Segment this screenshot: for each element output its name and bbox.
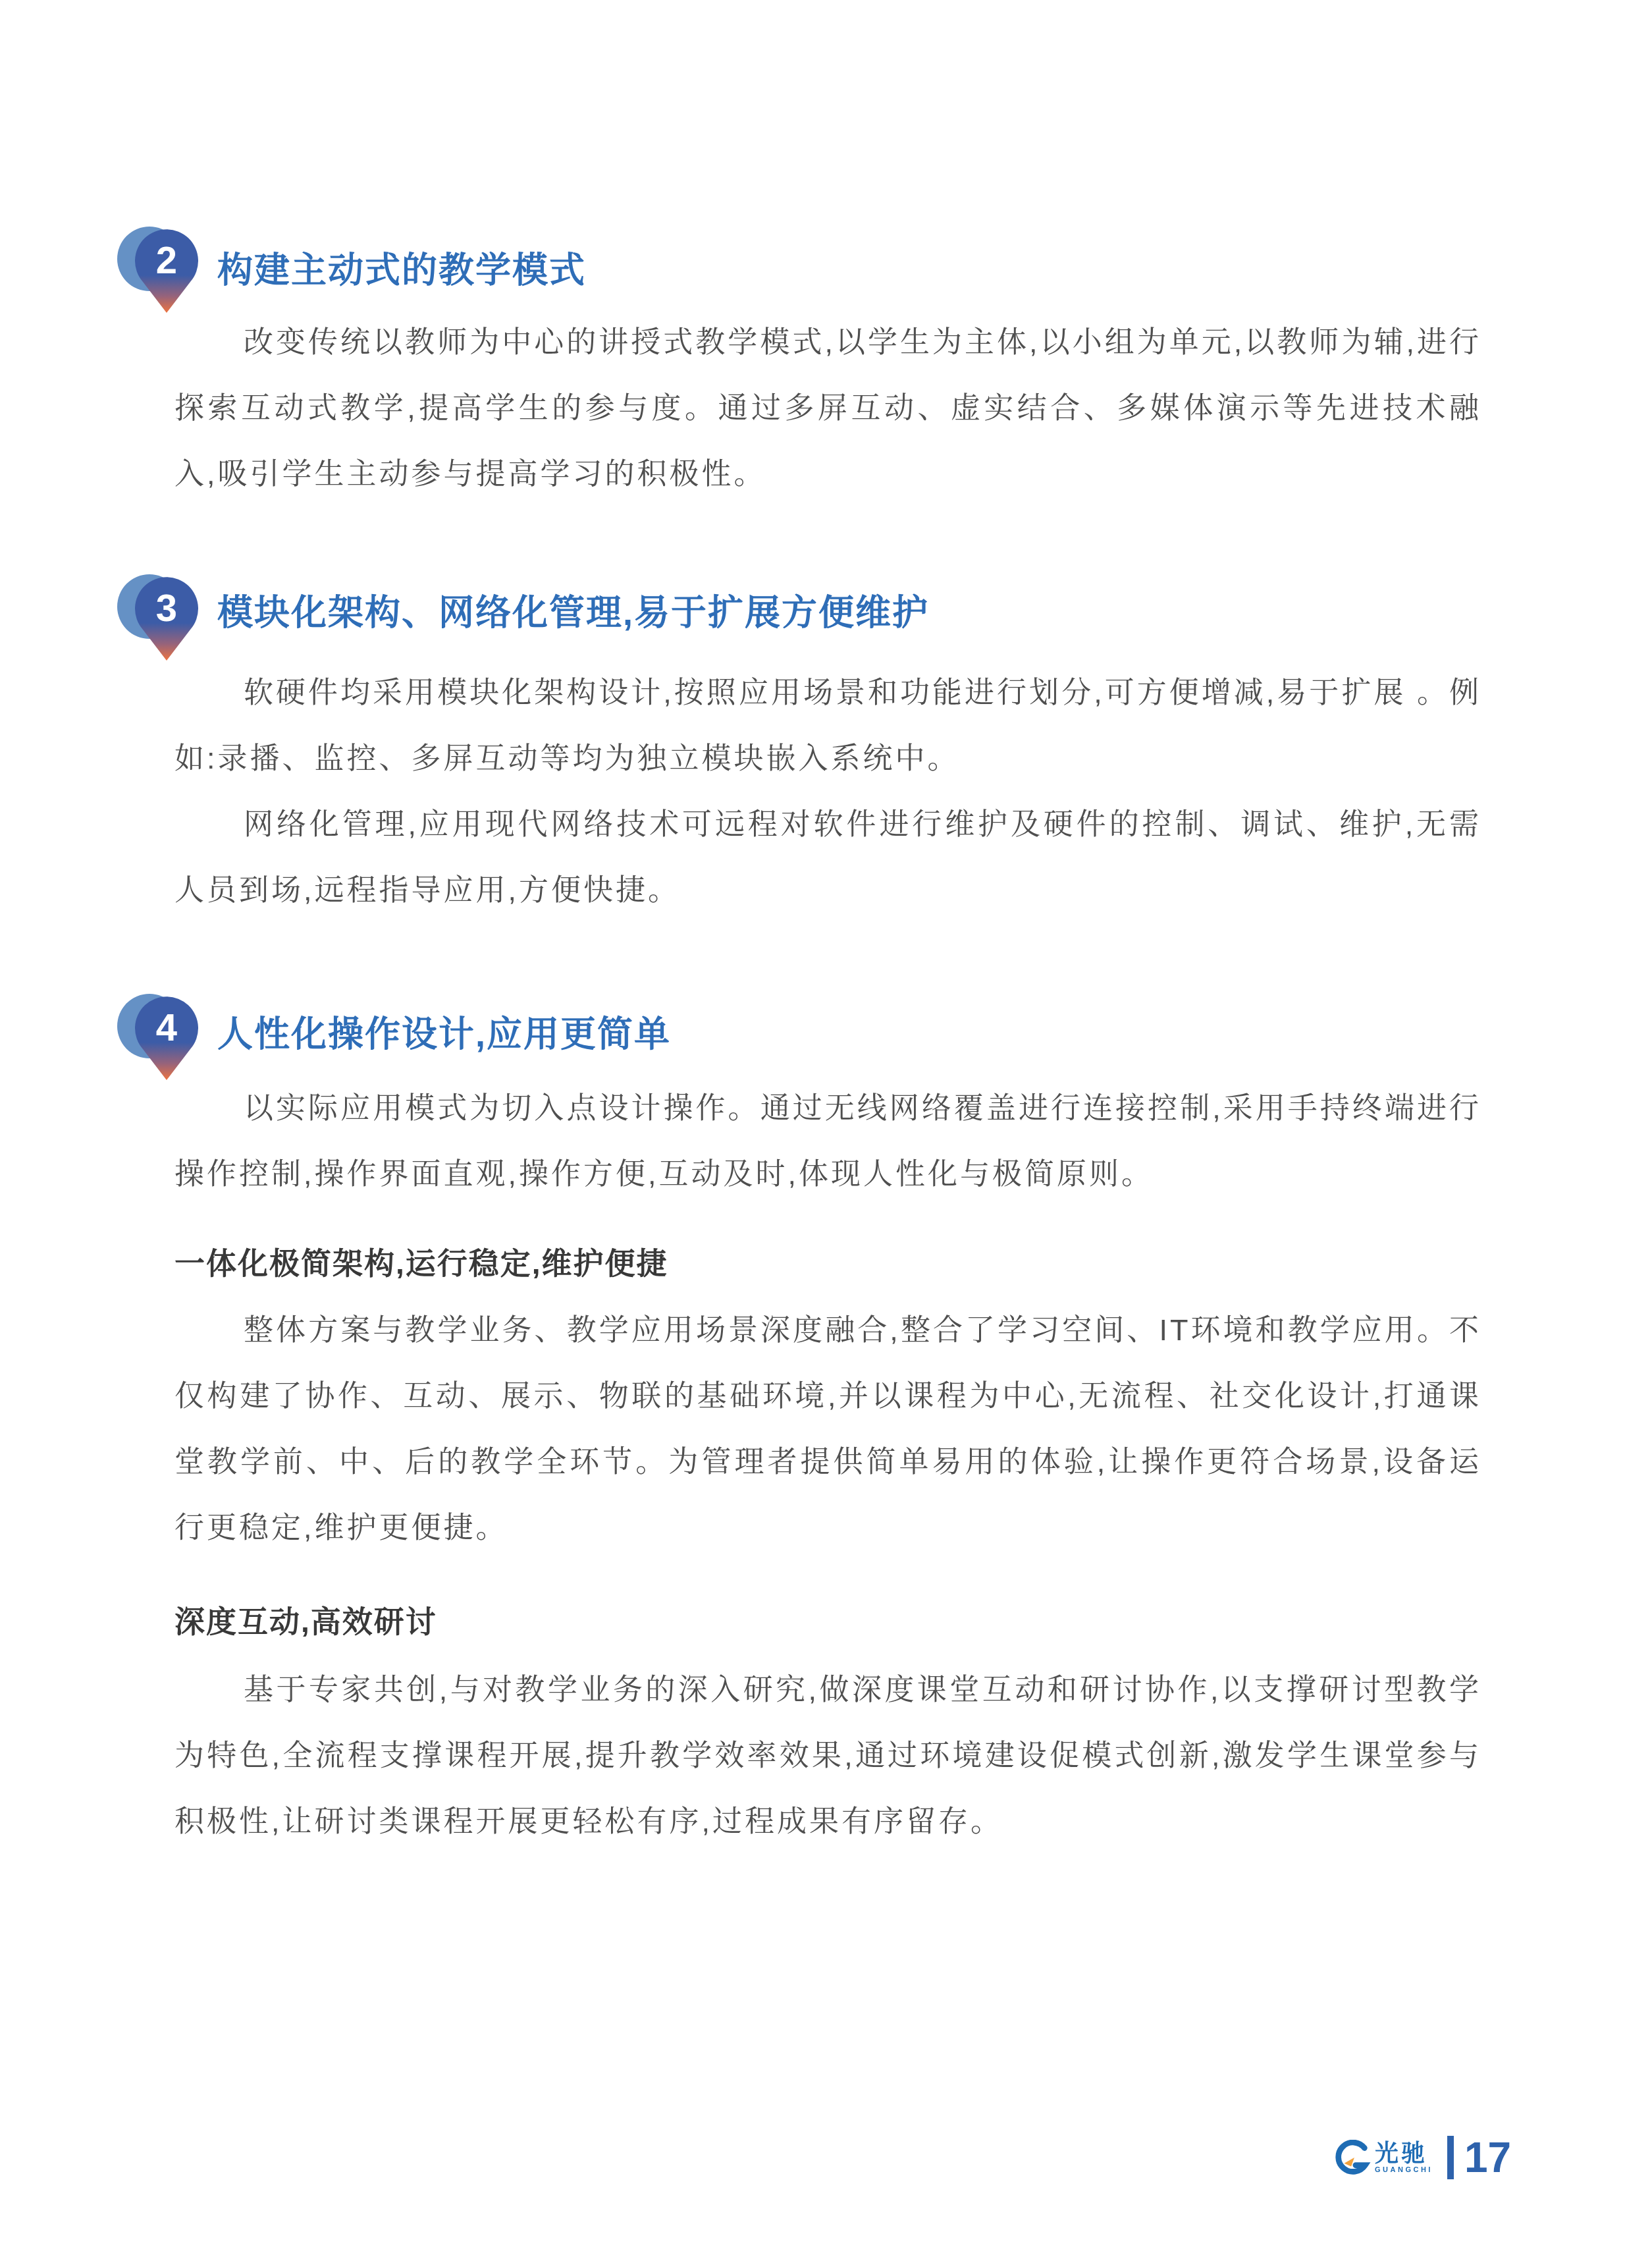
page-number: 17 <box>1464 2136 1511 2179</box>
subsection-1-body: 整体方案与教学业务、教学应用场景深度融合,整合了学习空间、IT环境和教学应用。不… <box>174 1297 1481 1561</box>
section-3-paragraph-1: 软硬件均采用模块化架构设计,按照应用场景和功能进行划分,可方便增减,易于扩展 。… <box>174 660 1481 792</box>
section-4-title: 人性化操作设计,应用更简单 <box>217 1006 671 1057</box>
section-3-title: 模块化架构、网络化管理,易于扩展方便维护 <box>217 585 929 636</box>
subsection-2-title: 深度互动,高效研讨 <box>174 1598 437 1641</box>
section-3-number: 3 <box>156 587 177 630</box>
logo-g-arc <box>1339 2142 1366 2171</box>
section-4-pin-badge-icon: 4 <box>115 991 207 1083</box>
logo-name-chinese: 光驰 <box>1375 2141 1427 2166</box>
section-3-body: 软硬件均采用模块化架构设计,按照应用场景和功能进行划分,可方便增减,易于扩展 。… <box>174 660 1481 923</box>
subsection-2-body: 基于专家共创,与对教学业务的深入研究,做深度课堂互动和研讨协作,以支撑研讨型教学… <box>174 1657 1481 1855</box>
guangchi-logo-icon <box>1335 2140 1371 2175</box>
section-2-paragraph: 改变传统以教师为中心的讲授式教学模式,以学生为主体,以小组为单元,以教师为辅,进… <box>174 310 1481 507</box>
logo-text: 光驰 GUANGCHI <box>1375 2141 1433 2174</box>
subsection-2-paragraph: 基于专家共创,与对教学业务的深入研究,做深度课堂互动和研讨协作,以支撑研讨型教学… <box>174 1657 1481 1855</box>
logo-name-english: GUANGCHI <box>1375 2166 1433 2174</box>
section-2-number: 2 <box>156 239 177 282</box>
footer-divider-bar <box>1447 2136 1454 2179</box>
section-3-paragraph-2: 网络化管理,应用现代网络技术可远程对软件进行维护及硬件的控制、调试、维护,无需人… <box>174 792 1481 923</box>
section-2-pin-badge-icon: 2 <box>115 224 207 316</box>
subsection-1-title: 一体化极简架构,运行稳定,维护便捷 <box>174 1239 668 1283</box>
subsection-1-paragraph: 整体方案与教学业务、教学应用场景深度融合,整合了学习空间、IT环境和教学应用。不… <box>174 1297 1481 1561</box>
document-page: 2 构建主动式的教学模式 改变传统以教师为中心的讲授式教学模式,以学生为主体,以… <box>0 0 1652 2257</box>
section-2-body: 改变传统以教师为中心的讲授式教学模式,以学生为主体,以小组为单元,以教师为辅,进… <box>174 310 1481 507</box>
section-4-body: 以实际应用模式为切入点设计操作。通过无线网络覆盖进行连接控制,采用手持终端进行操… <box>174 1075 1481 1207</box>
page-footer: 光驰 GUANGCHI 17 <box>1335 2136 1511 2179</box>
section-4-number: 4 <box>156 1006 177 1049</box>
section-4-paragraph: 以实际应用模式为切入点设计操作。通过无线网络覆盖进行连接控制,采用手持终端进行操… <box>174 1075 1481 1207</box>
section-3-pin-badge-icon: 3 <box>115 572 207 664</box>
section-2-title: 构建主动式的教学模式 <box>217 242 586 293</box>
